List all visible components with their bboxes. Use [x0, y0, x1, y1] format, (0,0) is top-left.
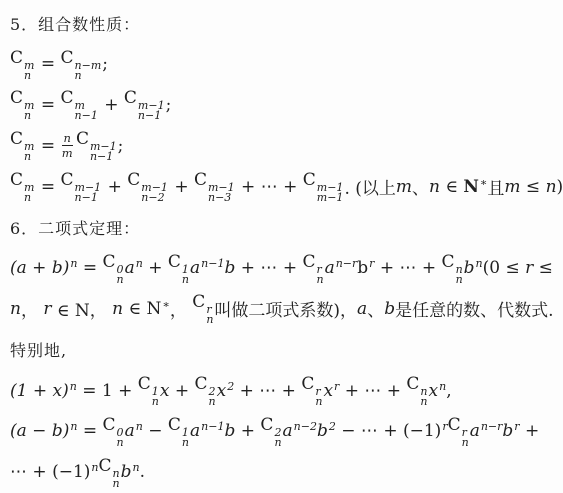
math-token: + [99, 95, 124, 115]
math-token: n [429, 177, 440, 197]
math-token: + [143, 258, 168, 278]
math-token: Cm−1n−1 [76, 129, 118, 162]
math-token: ; [118, 136, 124, 156]
math-token: 是任意的数、代数式. [395, 296, 553, 321]
math-token: ∈ [123, 299, 146, 319]
math-token: = [35, 177, 60, 197]
formula-line: ⋯ + (−1)nCnnbn. [10, 452, 555, 493]
math-token: ; [102, 54, 108, 74]
math-token: + [169, 177, 194, 197]
math-token: = [35, 95, 60, 115]
math-token: Cm−1n−1 [61, 170, 103, 203]
math-token: b [224, 258, 235, 278]
math-token: = [77, 421, 102, 441]
math-token: Crn [448, 415, 470, 448]
math-token: bn [121, 462, 140, 482]
math-token: (a + b)n [10, 258, 77, 278]
formula-line: (1 + x)n = 1 + C1nx + C2nx2 + ⋯ + Crnxr … [10, 370, 555, 411]
math-token: 且 [487, 174, 504, 199]
math-token: b [224, 421, 235, 441]
math-token: an [125, 258, 143, 278]
math-token: C1n [168, 415, 190, 448]
math-token: a [357, 299, 367, 319]
math-token: x [160, 381, 170, 401]
math-token: = 1 + [77, 381, 138, 401]
math-token: (−1)n [52, 462, 98, 482]
math-token: an−1 [190, 421, 224, 441]
math-token: 叫做二项式系数)， [214, 296, 357, 321]
math-token: (0 ≤ [483, 258, 526, 278]
math-token: ⋯ + [10, 462, 52, 482]
math-token: 、 [412, 174, 429, 199]
math-token: 、 [367, 296, 384, 321]
formula-line: (a − b)n = C0nan − C1nan−1b + C2nan−2b2 … [10, 411, 555, 452]
math-token: bn [464, 258, 483, 278]
math-token: an−r [470, 421, 503, 441]
math-token: (1 + x)n [10, 381, 77, 401]
math-token: Cmn [10, 170, 35, 203]
math-token: ， [21, 296, 43, 321]
math-token: m [504, 177, 520, 197]
math-token: Cn−mn [61, 48, 103, 81]
math-token: ， [170, 296, 192, 321]
math-token: N∗ [147, 299, 170, 319]
math-token: Crn [301, 374, 323, 407]
math-content: 5．组合数性质：Cmn = Cn−mn;Cmn = Cmn−1 + Cm−1n−… [10, 3, 555, 493]
math-token: Cmn [10, 129, 35, 162]
math-token: Cm−1n−2 [127, 170, 169, 203]
math-token: + ⋯ + [339, 381, 406, 401]
math-token: (−1)r [403, 421, 448, 441]
math-token: xn [429, 381, 447, 401]
math-token: Cm−1m−1 [303, 170, 345, 203]
math-token: − ⋯ + [336, 421, 403, 441]
math-token: , [446, 381, 451, 401]
math-token: C1n [138, 374, 160, 407]
math-token: . (以上 [344, 174, 395, 199]
math-token: C1n [168, 252, 190, 285]
math-token: Cmn [10, 88, 35, 121]
math-token: Cm−1n−1 [124, 88, 166, 121]
math-token: ; [166, 95, 172, 115]
fraction: nm [62, 132, 73, 159]
heading-line: 5．组合数性质： [10, 3, 555, 44]
math-token: m [396, 177, 412, 197]
math-token: + ⋯ + [235, 258, 302, 278]
math-token: ≤ [521, 177, 546, 197]
formula-line: Cmn = Cn−mn; [10, 44, 555, 85]
math-token: ∈ [440, 177, 463, 197]
math-token: + [520, 421, 540, 441]
math-token: b [384, 299, 395, 319]
heading-line: 6．二项式定理： [10, 207, 555, 248]
math-token: xr [323, 381, 339, 401]
math-token: r [525, 258, 533, 278]
formula-line: Cmn = nmCm−1n−1; [10, 125, 555, 166]
math-token: C0n [103, 252, 125, 285]
math-token: ) [557, 177, 563, 197]
math-token: C0n [103, 415, 125, 448]
math-token: b2 [317, 421, 336, 441]
formula-line: Cmn = Cm−1n−1 + Cm−1n−2 + Cm−1n−3 + ⋯ + … [10, 166, 555, 207]
heading-line: 特别地, [10, 329, 555, 370]
math-token: Cnn [406, 374, 428, 407]
math-token: Cmn [10, 48, 35, 81]
math-token: Cmn−1 [61, 88, 99, 121]
math-token: (a − b)n [10, 421, 77, 441]
math-token: ≤ [533, 258, 553, 278]
math-token: + [169, 381, 194, 401]
math-token: Cnn [442, 252, 464, 285]
math-token: + [235, 421, 260, 441]
math-token: Cnn [98, 456, 120, 489]
math-token: n [112, 299, 123, 319]
math-token: + ⋯ + [234, 381, 301, 401]
math-token: br [357, 258, 374, 278]
math-token: an−r [325, 258, 358, 278]
formula-line: n， r ∈ N， n ∈ N∗， Crn叫做二项式系数)，a、b是任意的数、代… [10, 289, 555, 330]
math-token: an−2 [283, 421, 317, 441]
math-token: Crn [192, 292, 214, 325]
math-token: an−1 [190, 258, 224, 278]
math-token: br [502, 421, 519, 441]
math-token: n [546, 177, 557, 197]
math-token: + ⋯ + [374, 258, 441, 278]
math-token: an [125, 421, 143, 441]
math-token: x2 [217, 381, 235, 401]
math-token: + [102, 177, 127, 197]
math-token: C2n [195, 374, 217, 407]
math-token: ∈ N， [52, 296, 113, 321]
formula-line: Cmn = Cmn−1 + Cm−1n−1; [10, 85, 555, 126]
math-token: . [140, 462, 145, 482]
math-token: C2n [260, 415, 282, 448]
math-token: n [10, 299, 21, 319]
math-token: N∗ [463, 177, 487, 197]
math-token: + ⋯ + [236, 177, 303, 197]
math-token: − [143, 421, 168, 441]
math-token: = [77, 258, 102, 278]
math-token: = [35, 136, 60, 156]
formula-line: (a + b)n = C0nan + C1nan−1b + ⋯ + Crnan−… [10, 248, 555, 289]
document-page: 5．组合数性质：Cmn = Cn−mn;Cmn = Cmn−1 + Cm−1n−… [0, 0, 563, 493]
math-token: r [43, 299, 51, 319]
math-token: Cm−1n−3 [194, 170, 236, 203]
math-token: = [35, 54, 60, 74]
math-token: Crn [302, 252, 324, 285]
